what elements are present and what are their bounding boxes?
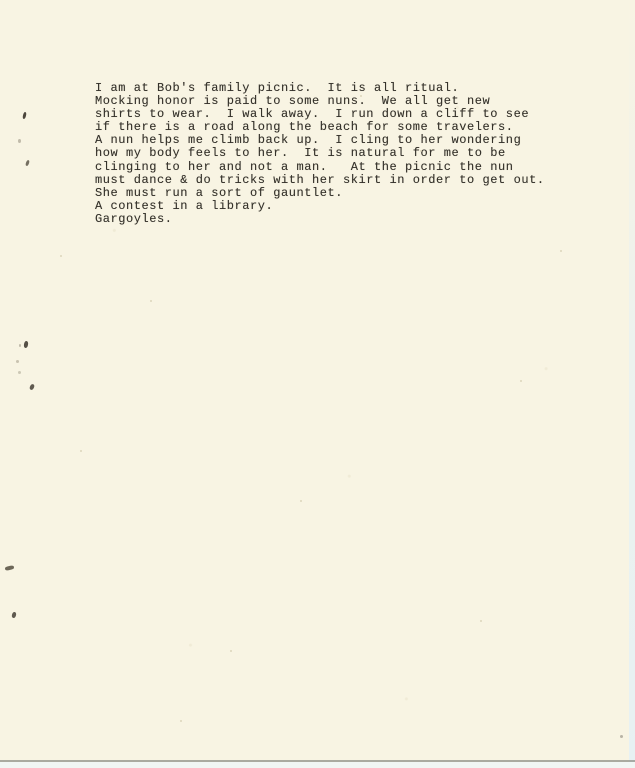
text-line: She must run a sort of gauntlet.	[95, 187, 545, 200]
ink-speck	[5, 565, 15, 571]
ink-speck	[18, 139, 21, 143]
ink-speck	[300, 500, 302, 502]
ink-speck	[19, 344, 21, 347]
ink-speck	[16, 360, 19, 363]
ink-speck	[60, 255, 62, 257]
ink-speck	[560, 250, 562, 252]
ink-speck	[11, 612, 16, 619]
text-line: clinging to her and not a man. At the pi…	[95, 161, 545, 174]
scanned-typewritten-page: I am at Bob's family picnic. It is all r…	[0, 0, 635, 768]
ink-speck	[80, 450, 82, 452]
ink-speck	[520, 380, 522, 382]
text-line: Gargoyles.	[95, 213, 545, 226]
ink-speck	[22, 112, 27, 120]
text-line: A contest in a library.	[95, 200, 545, 213]
ink-speck	[25, 160, 30, 167]
page-edge-right	[629, 0, 635, 768]
ink-speck	[230, 650, 232, 652]
text-line: must dance & do tricks with her skirt in…	[95, 174, 545, 187]
typed-text-block: I am at Bob's family picnic. It is all r…	[95, 82, 545, 226]
ink-speck	[180, 720, 182, 722]
ink-speck	[29, 383, 35, 390]
ink-speck	[23, 341, 28, 349]
ink-speck	[18, 371, 21, 374]
ink-speck	[150, 300, 152, 302]
ink-speck	[480, 620, 482, 622]
text-line: how my body feels to her. It is natural …	[95, 147, 545, 160]
scanner-background-strip	[0, 762, 635, 768]
ink-speck	[620, 735, 623, 738]
